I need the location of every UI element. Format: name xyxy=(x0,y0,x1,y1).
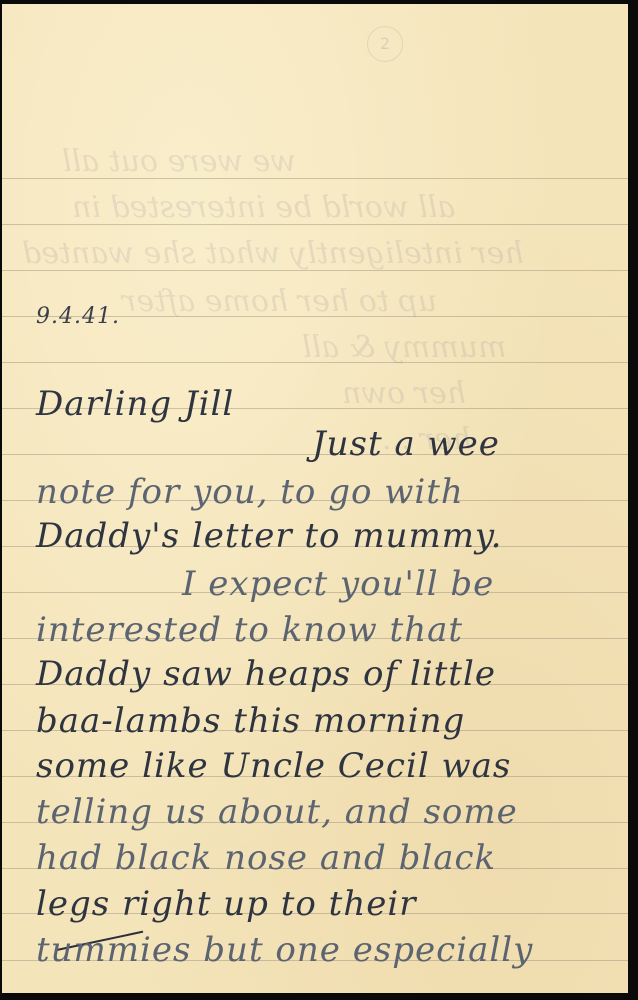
letter-line: baa-lambs this morning xyxy=(36,701,465,741)
letter-line: legs right up to their xyxy=(36,884,417,924)
salutation: Darling Jill xyxy=(36,384,234,424)
letter-line: some like Uncle Cecil was xyxy=(36,746,511,786)
page-number-mark: 2 xyxy=(367,26,403,62)
bleed-through-text: all world be interested in xyxy=(72,190,455,225)
bleed-through-text: her inteligently what she wanted xyxy=(22,236,524,271)
letter-line: interested to know that xyxy=(36,610,463,650)
letter-line: I expect you'll be xyxy=(182,564,494,604)
bleed-through-text: we were out all xyxy=(62,144,296,179)
bleed-through-text: her own xyxy=(342,376,466,411)
letter-page: 2 we were out all all world be intereste… xyxy=(2,4,628,993)
bleed-through-text: up to her home after xyxy=(122,284,437,319)
bleed-through-text: mummy & all xyxy=(302,330,506,365)
letter-date: 9.4.41. xyxy=(36,304,120,329)
letter-line: telling us about, and some xyxy=(36,792,518,832)
letter-line: had black nose and black xyxy=(36,838,496,878)
letter-line: Daddy's letter to mummy. xyxy=(36,516,502,556)
letter-line: note for you, to go with xyxy=(36,472,464,512)
letter-line: tummies but one especially xyxy=(36,930,533,970)
letter-line: Daddy saw heaps of little xyxy=(36,654,496,694)
letter-line: Just a wee xyxy=(312,424,500,464)
